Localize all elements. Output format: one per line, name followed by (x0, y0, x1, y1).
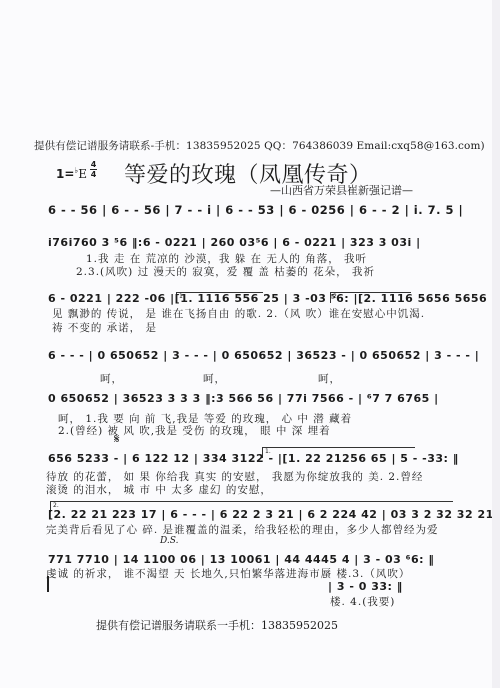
key-signature: 1=♭E (56, 166, 87, 181)
segno-icon: 𝄋 (114, 432, 120, 447)
lyrics-line-9a: 楼. 4.(我要) (330, 594, 395, 609)
lyrics-line-5b: 2.(曾经) 被 风 吹,我是 受伤 的玫瑰， 眼 中 深 埋着 (58, 423, 331, 438)
lyrics-line-4c: 呵， (318, 371, 341, 386)
header-contact: 提供有偿记谱服务请联系-手机：13835952025 QQ：764386039 … (34, 138, 485, 153)
transcriber-credit: —山西省万荣县崔新强记谱— (270, 182, 413, 198)
time-signature: 4 4 (90, 160, 97, 179)
score-line-5: 0 650652 | 36523 3 3 3 ‖:3 566 56 | 77i … (48, 392, 439, 405)
system-bracket (47, 576, 49, 592)
lyrics-line-4b: 呵， (203, 371, 226, 386)
score-line-3: 6 - 0221 | 222 -06 |[1. 1116 556 25 | 3 … (48, 292, 487, 305)
score-line-8: 771 7710 | 14 1100 06 | 13 10061 | 44 44… (48, 553, 434, 566)
lyrics-line-6b: 滚烫 的泪水， 城 市 中 太多 虚幻 的安慰， (46, 482, 272, 497)
score-line-6: 656 5233 - | 6 122 12 | 334 3122 - |[1. … (48, 452, 459, 465)
ds-marking: D.S. (160, 536, 178, 546)
score-line-7: [2. 22 21 223 17 | 6 - - - | 6 22 2 3 21… (48, 508, 500, 521)
lyrics-line-4a: 呵， (100, 371, 123, 386)
lyrics-line-7a: 完美背后看见了心 碎. 是谁覆盖的温柔，给我轻松的理由，多少人都曾经为爱 (46, 522, 439, 537)
sheet-page: 提供有偿记谱服务请联系-手机：13835952025 QQ：764386039 … (0, 0, 493, 688)
lyrics-line-2b: 2.3.(风吹) 过 漫天的 寂寞，爱 覆 盖 枯萎的 花朵， 我祈 (76, 264, 375, 279)
time-top: 4 (91, 160, 97, 169)
lyrics-line-8a: 虔诚 的祈求， 谁不渴望 天 长地久,只怕繁华落进海市蜃 楼.3.（风吹） (46, 566, 410, 581)
lyrics-line-3a: 见 飘渺的 传说， 是 谁在飞扬自由 的歌. 2.（风 吹）谁在安慰心中饥渴. (52, 306, 425, 321)
footer-contact: 提供有偿记谱服务请联系一手机：13835952025 (96, 617, 338, 633)
score-line-4: 6 - - - | 0 650652 | 3 - - - | 0 650652 … (48, 349, 479, 362)
time-bottom: 4 (91, 170, 97, 179)
lyrics-line-3b: 祷 不变的 承诺， 是 (52, 320, 157, 335)
score-line-1: 6 - - 56 | 6 - - 56 | 7 - - i | 6 - - 53… (48, 203, 463, 217)
score-line-2: i76i760 3 ⁵6 ‖:6 - 0221 | 260 03⁵6 | 6 -… (48, 236, 421, 249)
key-letter: E (78, 167, 87, 181)
score-line-9: | 3 - 0 33: ‖ (328, 580, 403, 593)
page-edge (492, 0, 500, 688)
key-prefix: 1= (56, 167, 74, 181)
